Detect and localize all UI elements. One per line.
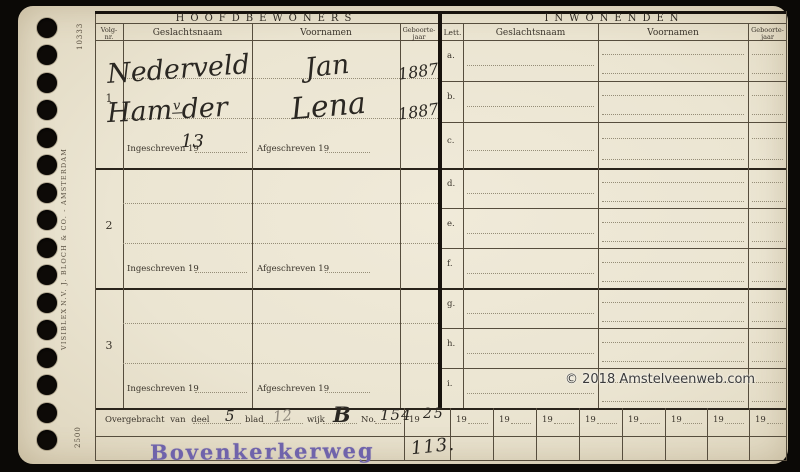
column-divider bbox=[252, 23, 253, 408]
col-header-geslachtsnaam-left: Geslachtsnaam bbox=[123, 29, 252, 38]
year-cell: 19 bbox=[585, 416, 596, 425]
writing-line bbox=[467, 65, 594, 66]
writing-line bbox=[467, 150, 594, 151]
dotted-fill bbox=[195, 272, 247, 273]
dotted-fill bbox=[767, 423, 783, 424]
lodger-letter-e: e. bbox=[447, 220, 455, 229]
volgnr-row-3: 3 bbox=[95, 340, 123, 351]
cell-divider bbox=[493, 408, 494, 460]
punch-hole bbox=[37, 348, 57, 368]
writing-line bbox=[752, 201, 783, 202]
year-cell: 19 bbox=[456, 416, 467, 425]
writing-line bbox=[752, 382, 783, 383]
transfer-label-blad: blad bbox=[245, 416, 264, 425]
writing-line bbox=[752, 321, 783, 322]
writing-line bbox=[602, 54, 744, 55]
dotted-fill bbox=[325, 152, 370, 153]
column-divider bbox=[748, 23, 749, 408]
dotted-fill bbox=[325, 272, 370, 273]
year-cell: 19 bbox=[755, 416, 766, 425]
year-cell: 19 bbox=[499, 416, 510, 425]
ingeschreven-label-3: Ingeschreven 19 bbox=[127, 385, 199, 394]
cell-divider bbox=[579, 408, 580, 460]
cell-divider bbox=[665, 408, 666, 460]
ingeschreven-label-2: Ingeschreven 19 bbox=[127, 265, 199, 274]
lodger-letter-b: b. bbox=[447, 93, 455, 102]
lett-divider bbox=[463, 23, 464, 408]
punch-hole bbox=[37, 73, 57, 93]
writing-line bbox=[123, 323, 438, 324]
printer-company: N.V. J. BLOCH & CO. - AMSTERDAM bbox=[60, 148, 68, 306]
writing-line bbox=[752, 222, 783, 223]
punch-hole bbox=[37, 210, 57, 230]
punch-hole bbox=[37, 155, 57, 175]
writing-line bbox=[467, 353, 594, 354]
writing-line bbox=[602, 73, 744, 74]
year-cell: 19 bbox=[713, 416, 724, 425]
sub-row-line bbox=[442, 208, 787, 209]
col-header-geboortejaar-right: Geboorte- jaar bbox=[748, 27, 787, 42]
transfer-label-no: No. bbox=[361, 416, 376, 425]
year-cell: 19 bbox=[542, 416, 553, 425]
afgeschreven-label-1: Afgeschreven 19 bbox=[257, 145, 329, 154]
form-number-top: 10333 bbox=[76, 10, 84, 50]
punch-hole bbox=[37, 18, 57, 38]
afgeschreven-label-2: Afgeschreven 19 bbox=[257, 265, 329, 274]
punch-hole bbox=[37, 403, 57, 423]
punch-hole bbox=[37, 100, 57, 120]
col-header-geslachtsnaam-right: Geslachtsnaam bbox=[463, 29, 598, 38]
writing-line bbox=[752, 241, 783, 242]
writing-line bbox=[602, 182, 744, 183]
dotted-fill bbox=[640, 423, 660, 424]
title-inwonenden: INWONENDEN bbox=[442, 14, 787, 24]
writing-line bbox=[467, 193, 594, 194]
dotted-fill bbox=[468, 423, 488, 424]
lodger-letter-c: c. bbox=[447, 137, 454, 146]
sub-row-line bbox=[442, 368, 787, 369]
printer-brand: VISIBLEX bbox=[60, 308, 68, 350]
punch-hole bbox=[37, 320, 57, 340]
punch-hole bbox=[37, 45, 57, 65]
dotted-fill bbox=[325, 392, 370, 393]
writing-line bbox=[752, 138, 783, 139]
sub-row-line bbox=[442, 328, 787, 329]
lodger-letter-d: d. bbox=[447, 180, 455, 189]
lodger-letter-f: f. bbox=[447, 260, 453, 269]
writing-line bbox=[752, 262, 783, 263]
writing-line bbox=[602, 114, 744, 115]
table-right-border bbox=[786, 11, 787, 460]
punch-hole bbox=[37, 128, 57, 148]
lodger-letter-h: h. bbox=[447, 340, 455, 349]
writing-line bbox=[602, 401, 744, 402]
writing-line bbox=[752, 73, 783, 74]
writing-line bbox=[602, 95, 744, 96]
writing-line bbox=[752, 114, 783, 115]
col-header-geboortejaar-left: Geboorte- jaar bbox=[400, 27, 438, 42]
punch-hole bbox=[37, 183, 57, 203]
writing-line bbox=[602, 342, 744, 343]
punch-hole bbox=[37, 265, 57, 285]
writing-line bbox=[602, 361, 744, 362]
handwriting-house-number: 113. bbox=[410, 436, 456, 459]
punch-hole bbox=[37, 238, 57, 258]
writing-line bbox=[752, 361, 783, 362]
cell-divider bbox=[622, 408, 623, 460]
writing-line bbox=[123, 203, 438, 204]
form-number-bottom: 2500 bbox=[74, 412, 82, 448]
writing-line bbox=[467, 273, 594, 274]
handwriting-surname-2: Hamvder bbox=[106, 94, 228, 127]
dotted-fill bbox=[554, 423, 574, 424]
year-cell-prefix: 19 bbox=[409, 416, 420, 425]
punch-hole bbox=[37, 293, 57, 313]
writing-line bbox=[467, 313, 594, 314]
handwriting-year: 25 bbox=[423, 407, 445, 421]
afgeschreven-label-3: Afgeschreven 19 bbox=[257, 385, 329, 394]
writing-line bbox=[123, 363, 438, 364]
writing-line bbox=[602, 138, 744, 139]
writing-line bbox=[752, 95, 783, 96]
street-name-stamp: Bovenkerkerweg bbox=[150, 438, 360, 465]
year-cell: 19 bbox=[671, 416, 682, 425]
writing-line bbox=[602, 262, 744, 263]
writing-line bbox=[752, 302, 783, 303]
handwriting-firstname-1: Jan bbox=[304, 51, 351, 82]
writing-line bbox=[602, 201, 744, 202]
writing-line bbox=[602, 241, 744, 242]
dotted-fill bbox=[511, 423, 531, 424]
writing-line bbox=[602, 302, 744, 303]
handwriting-deel: 5 bbox=[225, 409, 235, 424]
year-cell: 19 bbox=[628, 416, 639, 425]
dotted-fill bbox=[683, 423, 702, 424]
handwriting-no: 154 bbox=[380, 408, 412, 423]
writing-line bbox=[602, 321, 744, 322]
sub-row-line bbox=[442, 248, 787, 249]
lodger-letter-g: g. bbox=[447, 300, 455, 309]
writing-line bbox=[602, 281, 744, 282]
writing-line bbox=[602, 222, 744, 223]
writing-line bbox=[752, 54, 783, 55]
col-header-volgnr: Volg- nr. bbox=[95, 27, 123, 42]
handwriting-birthyear-2: 1887 bbox=[397, 101, 440, 123]
sub-row-line bbox=[442, 122, 787, 123]
cell-divider bbox=[707, 408, 708, 460]
writing-line bbox=[752, 159, 783, 160]
writing-line bbox=[602, 159, 744, 160]
dotted-fill bbox=[195, 152, 247, 153]
cell-divider bbox=[749, 408, 750, 460]
col-header-voornamen-left: Voornamen bbox=[252, 29, 400, 38]
lodger-letter-i: i. bbox=[447, 380, 452, 389]
col-header-lett: Lett. bbox=[442, 29, 463, 37]
handwriting-blad: 12 bbox=[272, 408, 293, 425]
printer-imprint: VISIBLEX N.V. J. BLOCH & CO. - AMSTERDAM bbox=[60, 135, 68, 350]
dotted-fill bbox=[725, 423, 744, 424]
title-hoofdbewoners: HOOFDBEWONERS bbox=[95, 14, 438, 24]
writing-line bbox=[467, 393, 594, 394]
register-table: HOOFDBEWONERS INWONENDEN Volg- nr. Gesla… bbox=[95, 11, 787, 462]
dotted-fill bbox=[195, 392, 247, 393]
column-divider bbox=[598, 23, 599, 408]
writing-line bbox=[752, 281, 783, 282]
writing-line bbox=[752, 342, 783, 343]
col-header-voornamen-right: Voornamen bbox=[598, 29, 748, 38]
copyright-watermark: © 2018 Amstelveenweb.com bbox=[565, 372, 755, 387]
sub-row-line bbox=[442, 81, 787, 82]
writing-line bbox=[752, 182, 783, 183]
handwriting-wijk: B bbox=[333, 404, 351, 425]
handwriting-birthyear-1: 1887 bbox=[397, 61, 440, 83]
lodger-letter-a: a. bbox=[447, 52, 455, 61]
cell-divider bbox=[536, 408, 537, 460]
writing-line bbox=[752, 401, 783, 402]
punch-hole bbox=[37, 375, 57, 395]
handwriting-surname-1: Nederveld bbox=[106, 51, 250, 88]
writing-line bbox=[467, 106, 594, 107]
table-left-border bbox=[95, 14, 96, 460]
volgnr-row-2: 2 bbox=[95, 220, 123, 231]
scanned-card-photo: 10333 VISIBLEX N.V. J. BLOCH & CO. - AMS… bbox=[0, 0, 800, 472]
writing-line bbox=[123, 243, 438, 244]
dotted-fill bbox=[597, 423, 617, 424]
punch-hole bbox=[37, 430, 57, 450]
handwriting-ingeschreven-year: 13 bbox=[181, 133, 204, 151]
writing-line bbox=[467, 233, 594, 234]
handwriting-firstname-2: Lena bbox=[290, 89, 367, 125]
